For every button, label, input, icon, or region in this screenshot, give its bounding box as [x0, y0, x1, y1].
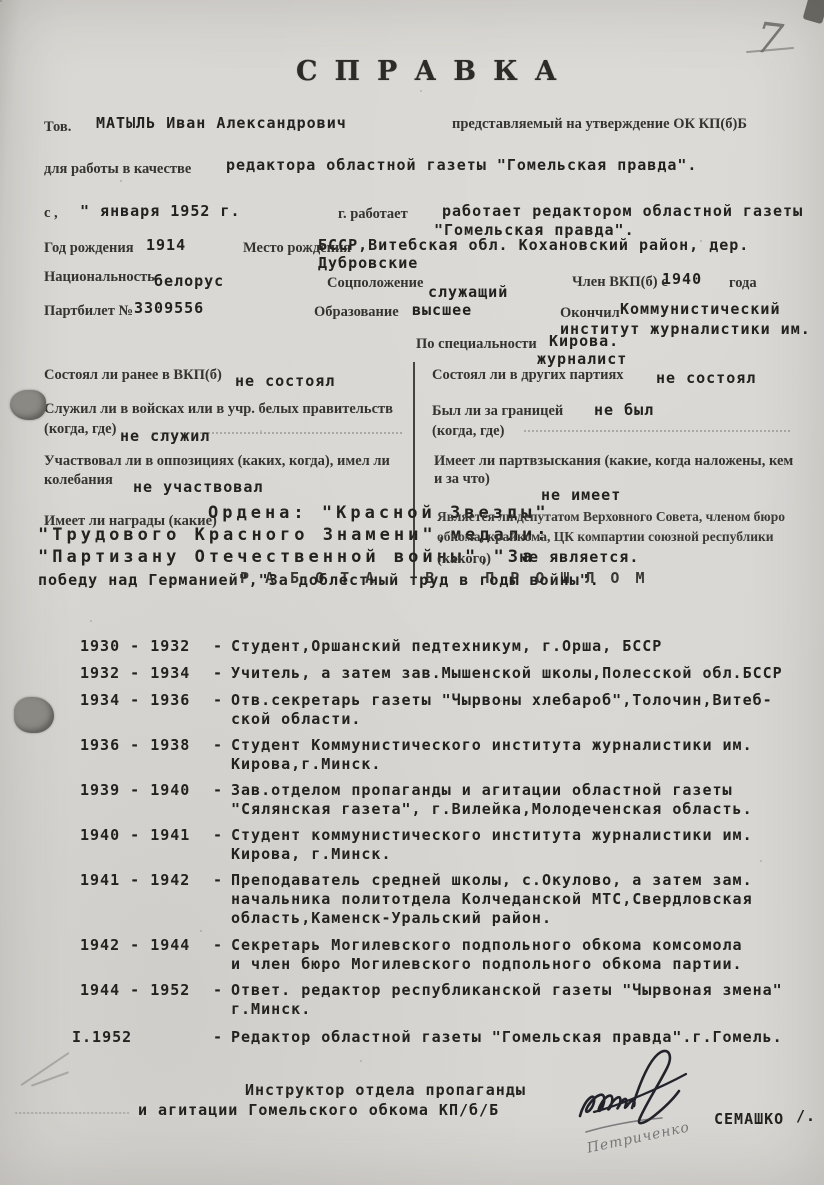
history-dash: -	[213, 691, 223, 709]
work-history-heading-overstrike: РАБОТА В ПРОШЛОМ	[240, 569, 661, 587]
pencil-trace	[15, 1112, 130, 1114]
q-right-1-label: Состоял ли в других партиях	[432, 367, 624, 384]
q-left-1-answer: не состоял	[235, 372, 335, 390]
member-year-value: 1940	[662, 270, 702, 288]
history-period: 1944 - 1952	[80, 981, 190, 999]
specialty-value2: журналист	[537, 350, 627, 368]
specialty-value1: Кирова.	[549, 332, 619, 350]
since-value: " января 1952 г.	[80, 202, 241, 220]
history-period: 1940 - 1941	[80, 826, 190, 844]
birth-place-line1: БССР,Витебская обл. Кохановский район, д…	[318, 236, 749, 254]
history-dash: -	[213, 936, 223, 954]
q-left-1-label: Состоял ли ранее в ВКП(б)	[44, 367, 222, 384]
paper-blot-1	[10, 390, 46, 420]
history-entry-line: Отв.секретарь газеты "Чырвоны хлебароб",…	[231, 691, 773, 709]
deputy-line1: Является ли депутатом Верховного Совета,…	[437, 509, 785, 525]
page-number-pencil: 7	[753, 13, 786, 65]
q-right-2-label: Был ли за границей	[432, 403, 563, 420]
q-left-2-label: Служил ли в войсках или в учр. белых пра…	[44, 401, 393, 418]
deputy-answer: не является.	[519, 548, 639, 566]
history-entry-line: область,Каменск-Уральский район.	[231, 909, 552, 927]
presented-label: представляемый на утверждение ОК КП(б)Б	[452, 116, 747, 133]
history-dash: -	[213, 637, 223, 655]
history-entry-line: г.Минск.	[231, 1000, 311, 1018]
nationality-value: белорус	[154, 272, 224, 290]
birth-year-value: 1914	[146, 236, 186, 254]
document-page: 7 СПРАВКА Тов. МАТЫЛЬ Иван Александрович…	[0, 0, 824, 1185]
member-label: Член ВКП(б) с	[572, 274, 668, 291]
history-entry-line: Кирова,г.Минск.	[231, 755, 381, 773]
history-period: 1941 - 1942	[80, 871, 190, 889]
history-entry-line: Студент коммунистического института журн…	[231, 826, 753, 844]
q-left-3-answer: не участвовал	[133, 478, 263, 496]
history-entry-line: Кирова, г.Минск.	[231, 845, 392, 863]
history-period: 1930 - 1932	[80, 637, 190, 655]
q-left-3-label: Участвовал ли в оппозициях (каких, когда…	[44, 453, 390, 470]
tov-label: Тов.	[44, 119, 71, 136]
signer-position-line2: и агитации Гомельского обкома КП/б/Б	[138, 1101, 499, 1119]
history-dash: -	[213, 781, 223, 799]
q-left-2-answer: не служил	[120, 427, 210, 445]
history-entry-line: Секретарь Могилевского подпольного обком…	[231, 936, 743, 954]
graduated-line1: Коммунистический	[620, 300, 781, 318]
history-entry-line: и член бюро Могилевского подпольного обк…	[231, 955, 743, 973]
role-label: для работы в качестве	[44, 161, 191, 178]
q-right-3-label: Имеет ли партвзыскания (какие, когда нал…	[434, 453, 793, 470]
signer-position-line1: Инструктор отдела пропаганды	[245, 1081, 526, 1099]
paper-specks	[0, 0, 2, 2]
history-entry-line: ской области.	[231, 710, 361, 728]
column-divider-line	[413, 362, 415, 578]
member-suffix-label: года	[729, 275, 757, 292]
history-entry-line: Зав.отделом пропаганды и агитации област…	[231, 781, 733, 799]
q-right-3-answer: не имеет	[541, 486, 621, 504]
document-title: СПРАВКА	[296, 56, 574, 87]
history-entry-line: "Сялянская газета", г.Вилейка,Молодеченс…	[231, 800, 753, 818]
signatory-suffix: /.	[796, 1107, 816, 1125]
history-dash: -	[213, 664, 223, 682]
social-label: Соцположение	[327, 275, 423, 292]
signatory-name: СЕМАШКО	[714, 1110, 784, 1128]
history-dash: -	[213, 981, 223, 999]
dotted-ruler-right	[524, 430, 790, 432]
q-right-2-label2: (когда, где)	[432, 423, 504, 440]
history-entry-line: Студент Коммунистического института журн…	[231, 736, 753, 754]
q-right-1-answer: не состоял	[656, 369, 756, 387]
history-entry-line: Ответ. редактор республиканской газеты "…	[231, 981, 783, 999]
q-left-2-label2: (когда, где)	[44, 421, 116, 438]
nationality-label: Национальность	[44, 269, 155, 286]
history-dash: -	[213, 826, 223, 844]
party-card-label: Партбилет №	[44, 303, 133, 320]
q-right-3-label2: и за что)	[434, 471, 490, 488]
history-entry-line: Преподаватель средней школы, с.Окулово, …	[231, 871, 753, 889]
history-period: 1934 - 1936	[80, 691, 190, 709]
history-entry-line: Редактор областной газеты "Гомельская пр…	[231, 1028, 783, 1046]
history-period: 1939 - 1940	[80, 781, 190, 799]
since-label: с ,	[44, 205, 58, 222]
history-entry-line: Студент,Оршанский педтехникум, г.Орша, Б…	[231, 637, 662, 655]
corner-smudge	[803, 0, 824, 24]
specialty-label: По специальности	[416, 336, 537, 353]
dotted-ruler-left	[152, 432, 402, 434]
birth-year-label: Год рождения	[44, 240, 134, 257]
history-dash: -	[213, 736, 223, 754]
q-left-3-label2: колебания	[44, 472, 113, 489]
history-dash: -	[213, 1028, 223, 1046]
deputy-line2: обкома, крайкома, ЦК компартии союзной р…	[437, 529, 774, 545]
history-entry-line: начальника политотдела Колчеданской МТС,…	[231, 890, 753, 908]
person-name: МАТЫЛЬ Иван Александрович	[96, 114, 347, 132]
party-card-number: 3309556	[134, 299, 204, 317]
social-value: служащий	[428, 283, 508, 301]
education-value: высшее	[412, 301, 472, 319]
works-value-line1: работает редактором областной газеты	[442, 202, 803, 220]
deputy-which-label: (какого)	[437, 551, 491, 568]
q-right-2-answer: не был	[594, 401, 654, 419]
history-entry-line: Учитель, а затем зав.Мышенской школы,Пол…	[231, 664, 783, 682]
history-period: 1932 - 1934	[80, 664, 190, 682]
history-period: I.1952	[72, 1028, 132, 1046]
education-label: Образование	[314, 304, 399, 321]
works-label: г. работает	[338, 206, 408, 223]
paper-blot-2	[14, 697, 54, 733]
birth-place-line2: Дубровские	[318, 254, 418, 272]
history-dash: -	[213, 871, 223, 889]
role-value: редактора областной газеты "Гомельская п…	[226, 156, 697, 174]
history-period: 1936 - 1938	[80, 736, 190, 754]
history-period: 1942 - 1944	[80, 936, 190, 954]
